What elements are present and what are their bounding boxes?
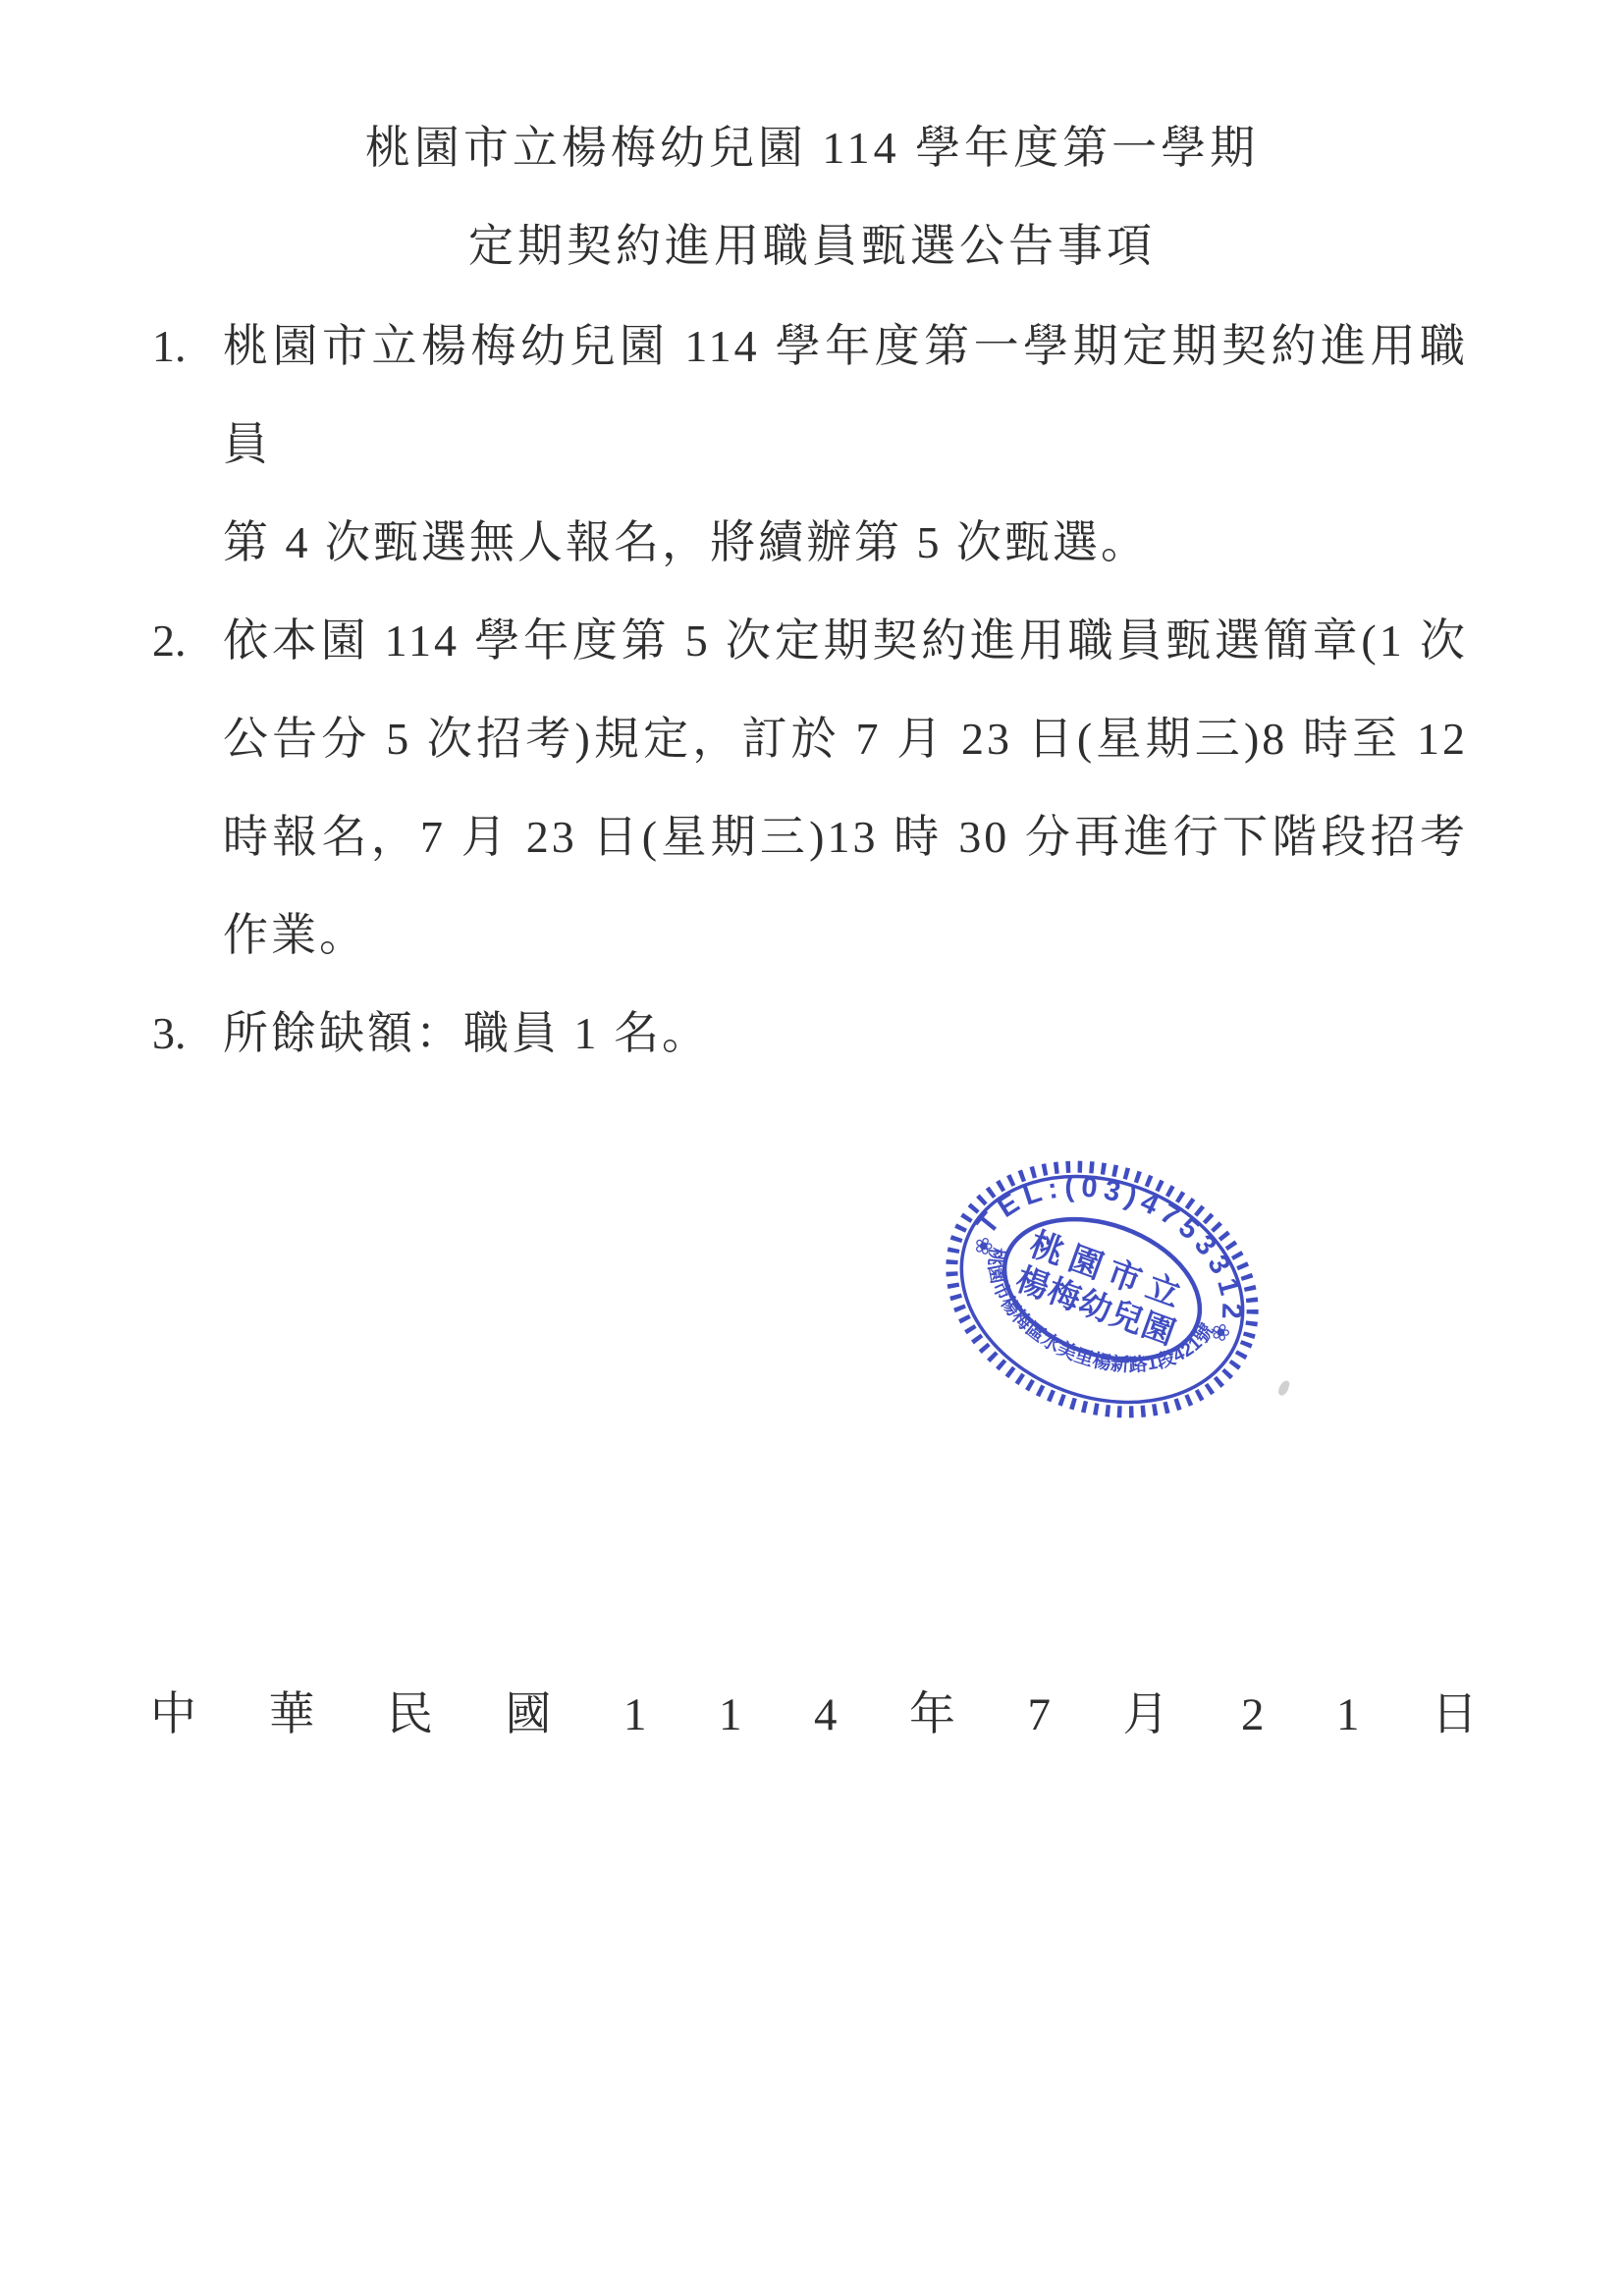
- item-2-text-4: 作業。: [223, 910, 367, 960]
- date-char: 1: [1336, 1666, 1360, 1764]
- date-char: 日: [1432, 1666, 1478, 1764]
- announcement-document: 桃園市立楊梅幼兒園 114 學年度第一學期 定期契約進用職員甄選公告事項 1.桃…: [0, 0, 1624, 2296]
- item-2-text-3: 時報名，7 月 23 日(星期三)13 時 30 分再進行下階段招考: [223, 812, 1468, 862]
- item-1-line-2: 第 4 次甄選無人報名，將續辦第 5 次甄選。: [223, 494, 1468, 592]
- item-2-line-1: 2.依本園 114 學年度第 5 次定期契約進用職員甄選簡章(1 次: [223, 592, 1468, 690]
- title-line-1: 桃園市立楊梅幼兒園 114 學年度第一學期: [0, 99, 1624, 197]
- document-title: 桃園市立楊梅幼兒園 114 學年度第一學期 定期契約進用職員甄選公告事項: [0, 99, 1624, 295]
- official-seal-stamp: TEL:(03)4753312 桃園市楊梅區水美里楊新路1段421號 桃園市立 …: [933, 1145, 1272, 1434]
- roc-date-line: 中 華 民 國 1 1 4 年 7 月 2 1 日: [150, 1666, 1478, 1764]
- item-3-text-1: 所餘缺額：職員 1 名。: [223, 1008, 710, 1058]
- item-2-line-3: 時報名，7 月 23 日(星期三)13 時 30 分再進行下階段招考: [223, 788, 1468, 886]
- date-char: 月: [1123, 1666, 1169, 1764]
- date-char: 7: [1028, 1666, 1052, 1764]
- flower-icon-right: ❀: [1208, 1317, 1234, 1347]
- announcement-body: 1.桃園市立楊梅幼兒園 114 學年度第一學期定期契約進用職員 第 4 次甄選無…: [223, 297, 1468, 1083]
- date-char: 4: [814, 1666, 838, 1764]
- item-1-number: 1.: [152, 297, 187, 396]
- date-char: 華: [269, 1666, 315, 1764]
- item-3-number: 3.: [152, 985, 187, 1083]
- item-2-text-2: 公告分 5 次招考)規定，訂於 7 月 23 日(星期三)8 時至 12: [223, 714, 1468, 764]
- date-char: 年: [909, 1666, 955, 1764]
- date-char: 1: [719, 1666, 742, 1764]
- item-1-text-2: 第 4 次甄選無人報名，將續辦第 5 次甄選。: [223, 517, 1149, 567]
- title-line-2: 定期契約進用職員甄選公告事項: [0, 197, 1624, 295]
- date-char: 中: [150, 1666, 196, 1764]
- item-2-line-2: 公告分 5 次招考)規定，訂於 7 月 23 日(星期三)8 時至 12: [223, 690, 1468, 788]
- date-char: 民: [387, 1666, 433, 1764]
- item-1-line-1: 1.桃園市立楊梅幼兒園 114 學年度第一學期定期契約進用職員: [223, 297, 1468, 494]
- date-char: 1: [623, 1666, 647, 1764]
- item-3-line-1: 3.所餘缺額：職員 1 名。: [223, 985, 1468, 1083]
- item-2-line-4: 作業。: [223, 886, 1468, 985]
- item-1-text-1: 桃園市立楊梅幼兒園 114 學年度第一學期定期契約進用職員: [223, 321, 1468, 469]
- date-char: 2: [1241, 1666, 1265, 1764]
- date-char: 國: [506, 1666, 552, 1764]
- scan-speck: [1277, 1379, 1291, 1397]
- item-2-number: 2.: [152, 592, 187, 690]
- item-2-text-1: 依本園 114 學年度第 5 次定期契約進用職員甄選簡章(1 次: [223, 615, 1468, 666]
